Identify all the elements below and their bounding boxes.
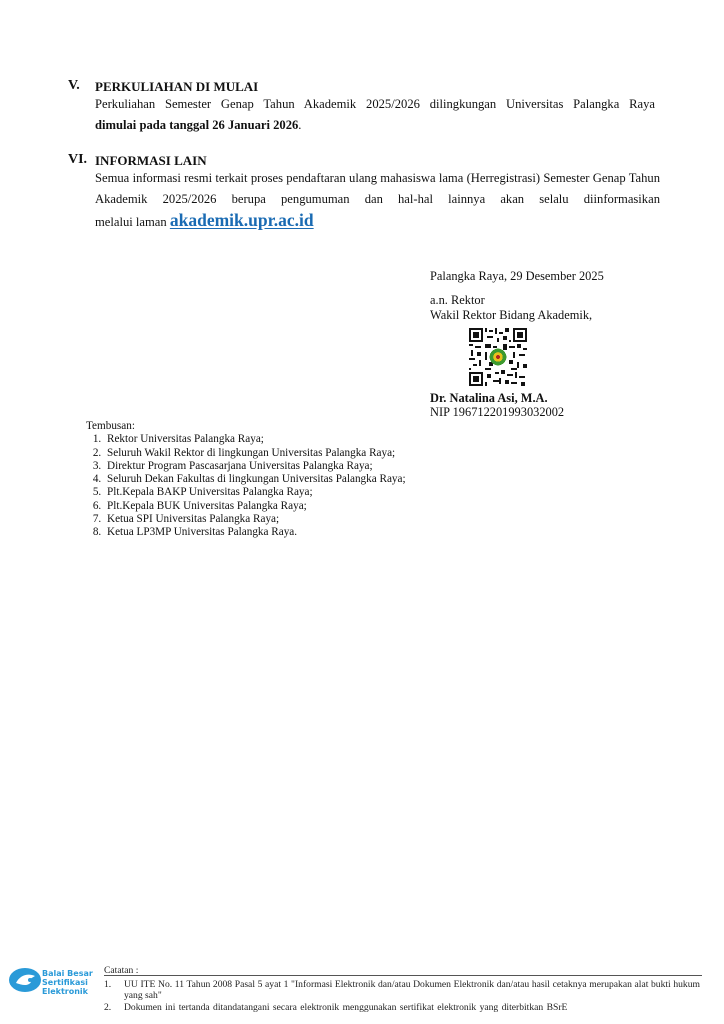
section-v-line1: Perkuliahan Semester Genap Tahun Akademi… — [95, 94, 655, 115]
section-v-title: PERKULIAHAN DI MULAI — [95, 79, 258, 95]
link-prefix: melalui laman — [95, 215, 167, 229]
section-vi-number: VI. — [68, 152, 87, 168]
bsre-logo-text: Balai Besar Sertifikasi Elektronik — [42, 969, 93, 996]
on-behalf: a.n. Rektor — [430, 293, 485, 308]
list-item: Plt.Kepala BAKP Universitas Palangka Ray… — [104, 486, 446, 499]
list-item: Ketua LP3MP Universitas Palangka Raya. — [104, 526, 446, 539]
list-item: Plt.Kepala BUK Universitas Palangka Raya… — [104, 500, 446, 513]
section-vi-body: Semua informasi resmi terkait proses pen… — [95, 168, 660, 233]
logo-line: Sertifikasi — [42, 978, 93, 987]
list-item: Seluruh Dekan Fakultas di lingkungan Uni… — [104, 473, 446, 486]
bsre-logo — [8, 967, 42, 998]
bsre-logo-icon — [8, 967, 42, 993]
akademik-link[interactable]: akademik.upr.ac.id — [170, 210, 314, 230]
list-item: Direktur Program Pascasarjana Universita… — [104, 460, 446, 473]
period: . — [298, 118, 301, 132]
signer-name: Dr. Natalina Asi, M.A. — [430, 391, 548, 406]
tembusan-title: Tembusan: — [86, 420, 446, 433]
section-v-body: Perkuliahan Semester Genap Tahun Akademi… — [95, 94, 655, 136]
start-date: dimulai pada tanggal 26 Januari 2026 — [95, 118, 298, 132]
logo-line: Elektronik — [42, 987, 93, 996]
position: Wakil Rektor Bidang Akademik, — [430, 308, 592, 323]
section-vi-link-line: melalui laman akademik.upr.ac.id — [95, 210, 660, 233]
note-2-text: Dokumen ini tertanda ditandatangani seca… — [124, 1002, 700, 1013]
list-item: Rektor Universitas Palangka Raya; — [104, 433, 446, 446]
tembusan-list: Tembusan: Rektor Universitas Palangka Ra… — [86, 420, 446, 540]
list-item: Seluruh Wakil Rektor di lingkungan Unive… — [104, 447, 446, 460]
qr-code-icon — [469, 328, 527, 386]
section-v-line2: dimulai pada tanggal 26 Januari 2026. — [95, 115, 655, 136]
note-1-number: 1. — [104, 979, 111, 990]
signer-nip: NIP 196712201993032002 — [430, 405, 564, 420]
logo-line: Balai Besar — [42, 969, 93, 978]
section-vi-title: INFORMASI LAIN — [95, 153, 207, 169]
footer-divider — [104, 975, 702, 976]
section-vi-text: Semua informasi resmi terkait proses pen… — [95, 168, 660, 210]
note-1-text: UU ITE No. 11 Tahun 2008 Pasal 5 ayat 1 … — [124, 979, 700, 1001]
list-item: Ketua SPI Universitas Palangka Raya; — [104, 513, 446, 526]
place-date: Palangka Raya, 29 Desember 2025 — [430, 269, 604, 284]
section-v-number: V. — [68, 78, 80, 94]
note-2-number: 2. — [104, 1002, 111, 1013]
